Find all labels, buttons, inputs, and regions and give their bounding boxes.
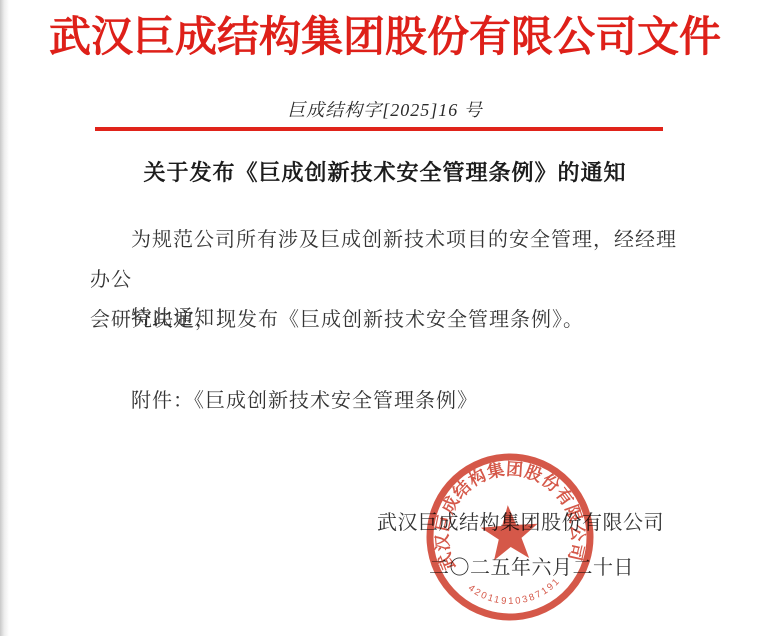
document-number: 巨成结构字[2025]16 号 xyxy=(0,96,770,122)
official-document-page: 武汉巨成结构集团股份有限公司文件 巨成结构字[2025]16 号 关于发布《巨成… xyxy=(0,0,770,636)
red-divider-line xyxy=(95,127,663,131)
notice-statement: 特此通知！ xyxy=(131,301,236,330)
notice-subject-title: 关于发布《巨成创新技术安全管理条例》的通知 xyxy=(0,156,770,187)
company-seal-stamp: 武汉巨成结构集团股份有限公司 42011910387191 xyxy=(409,436,612,636)
body-paragraph-line-1: 为规范公司所有涉及巨成创新技术项目的安全管理，经经理办公 xyxy=(90,220,694,300)
attachment-reference: 附件：《巨成创新技术安全管理条例》 xyxy=(131,384,478,413)
star-icon xyxy=(479,503,540,561)
red-letterhead-title: 武汉巨成结构集团股份有限公司文件 xyxy=(0,12,770,62)
